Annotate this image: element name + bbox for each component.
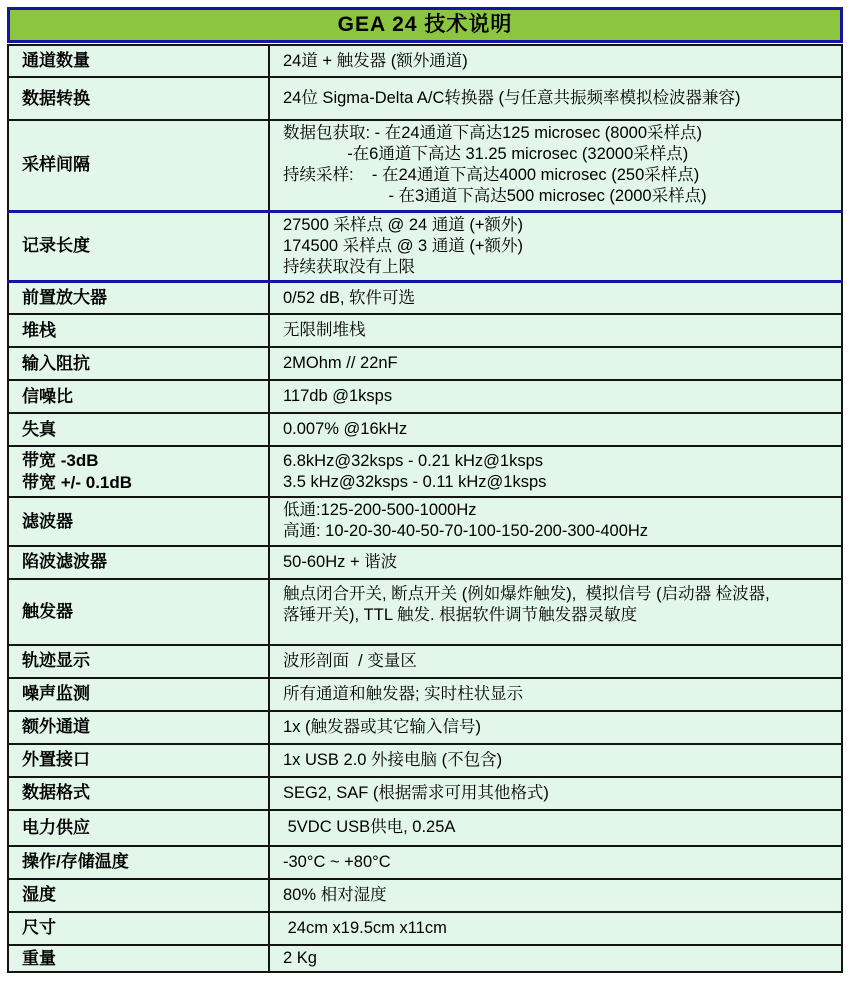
table-row: 输入阻抗 2MOhm // 22nF bbox=[8, 347, 842, 380]
spec-label: 通道数量 bbox=[8, 45, 269, 77]
table-row: 带宽 -3dB 带宽 +/- 0.1dB 6.8kHz@32ksps - 0.2… bbox=[8, 446, 842, 497]
spec-value: 117db @1ksps bbox=[269, 380, 842, 413]
spec-value: 波形剖面 / 变量区 bbox=[269, 645, 842, 678]
spec-value: SEG2, SAF (根据需求可用其他格式) bbox=[269, 777, 842, 810]
table-row-highlighted: 记录长度 27500 采样点 @ 24 通道 (+额外) 174500 采样点 … bbox=[8, 211, 842, 281]
table-row: 重量 2 Kg bbox=[8, 945, 842, 973]
spec-value: 0/52 dB, 软件可选 bbox=[269, 281, 842, 314]
spec-value: 6.8kHz@32ksps - 0.21 kHz@1ksps 3.5 kHz@3… bbox=[269, 446, 842, 497]
page-title: GEA 24 技术说明 bbox=[7, 7, 843, 43]
table-row: 湿度 80% 相对湿度 bbox=[8, 879, 842, 912]
table-row: 触发器 触点闭合开关, 断点开关 (例如爆炸触发), 模拟信号 (启动器 检波器… bbox=[8, 579, 842, 645]
spec-label: 采样间隔 bbox=[8, 120, 269, 211]
table-row: 数据格式 SEG2, SAF (根据需求可用其他格式) bbox=[8, 777, 842, 810]
table-row: 采样间隔 数据包获取: - 在24通道下高达125 microsec (8000… bbox=[8, 120, 842, 211]
spec-value: 数据包获取: - 在24通道下高达125 microsec (8000采样点) … bbox=[269, 120, 842, 211]
spec-table: 通道数量 24道 + 触发器 (额外通道) 数据转换 24位 Sigma-Del… bbox=[7, 44, 843, 973]
table-row: 外置接口 1x USB 2.0 外接电脑 (不包含) bbox=[8, 744, 842, 777]
spec-label: 额外通道 bbox=[8, 711, 269, 744]
spec-value: 2MOhm // 22nF bbox=[269, 347, 842, 380]
spec-label: 噪声监测 bbox=[8, 678, 269, 711]
spec-label: 数据转换 bbox=[8, 77, 269, 120]
spec-label: 操作/存储温度 bbox=[8, 846, 269, 879]
spec-value: 50-60Hz + 谐波 bbox=[269, 546, 842, 579]
spec-value: 27500 采样点 @ 24 通道 (+额外) 174500 采样点 @ 3 通… bbox=[269, 211, 842, 281]
spec-label: 失真 bbox=[8, 413, 269, 446]
table-row: 滤波器 低通:125-200-500-1000Hz 高通: 10-20-30-4… bbox=[8, 497, 842, 545]
spec-value: 24cm x19.5cm x11cm bbox=[269, 912, 842, 945]
spec-label: 前置放大器 bbox=[8, 281, 269, 314]
table-row: 陷波滤波器 50-60Hz + 谐波 bbox=[8, 546, 842, 579]
spec-label: 记录长度 bbox=[8, 211, 269, 281]
spec-label: 滤波器 bbox=[8, 497, 269, 545]
spec-label: 湿度 bbox=[8, 879, 269, 912]
spec-value: 2 Kg bbox=[269, 945, 842, 973]
table-row: 堆栈 无限制堆栈 bbox=[8, 314, 842, 347]
table-row: 噪声监测 所有通道和触发器; 实时柱状显示 bbox=[8, 678, 842, 711]
spec-label: 轨迹显示 bbox=[8, 645, 269, 678]
spec-value: 0.007% @16kHz bbox=[269, 413, 842, 446]
spec-value: 5VDC USB供电, 0.25A bbox=[269, 810, 842, 846]
table-row: 电力供应 5VDC USB供电, 0.25A bbox=[8, 810, 842, 846]
spec-value: 24道 + 触发器 (额外通道) bbox=[269, 45, 842, 77]
spec-label: 外置接口 bbox=[8, 744, 269, 777]
spec-label: 触发器 bbox=[8, 579, 269, 645]
table-row: 通道数量 24道 + 触发器 (额外通道) bbox=[8, 45, 842, 77]
spec-value: -30°C ~ +80°C bbox=[269, 846, 842, 879]
spec-label: 尺寸 bbox=[8, 912, 269, 945]
table-row: 尺寸 24cm x19.5cm x11cm bbox=[8, 912, 842, 945]
spec-value: 所有通道和触发器; 实时柱状显示 bbox=[269, 678, 842, 711]
table-row: 操作/存储温度 -30°C ~ +80°C bbox=[8, 846, 842, 879]
spec-label: 重量 bbox=[8, 945, 269, 973]
spec-label: 信噪比 bbox=[8, 380, 269, 413]
spec-value: 低通:125-200-500-1000Hz 高通: 10-20-30-40-50… bbox=[269, 497, 842, 545]
table-row: 信噪比 117db @1ksps bbox=[8, 380, 842, 413]
spec-label: 电力供应 bbox=[8, 810, 269, 846]
spec-value: 24位 Sigma-Delta A/C转换器 (与任意共振频率模拟检波器兼容) bbox=[269, 77, 842, 120]
spec-value: 80% 相对湿度 bbox=[269, 879, 842, 912]
spec-value: 无限制堆栈 bbox=[269, 314, 842, 347]
table-row: 失真 0.007% @16kHz bbox=[8, 413, 842, 446]
table-row: 数据转换 24位 Sigma-Delta A/C转换器 (与任意共振频率模拟检波… bbox=[8, 77, 842, 120]
spec-label: 陷波滤波器 bbox=[8, 546, 269, 579]
table-row: 前置放大器 0/52 dB, 软件可选 bbox=[8, 281, 842, 314]
spec-value: 1x USB 2.0 外接电脑 (不包含) bbox=[269, 744, 842, 777]
spec-sheet: GEA 24 技术说明 通道数量 24道 + 触发器 (额外通道) 数据转换 2… bbox=[0, 0, 850, 1004]
spec-value: 触点闭合开关, 断点开关 (例如爆炸触发), 模拟信号 (启动器 检波器, 落锤… bbox=[269, 579, 842, 645]
spec-label: 堆栈 bbox=[8, 314, 269, 347]
table-row: 额外通道 1x (触发器或其它输入信号) bbox=[8, 711, 842, 744]
spec-value: 1x (触发器或其它输入信号) bbox=[269, 711, 842, 744]
spec-label: 带宽 -3dB 带宽 +/- 0.1dB bbox=[8, 446, 269, 497]
spec-label: 输入阻抗 bbox=[8, 347, 269, 380]
spec-label: 数据格式 bbox=[8, 777, 269, 810]
table-row: 轨迹显示 波形剖面 / 变量区 bbox=[8, 645, 842, 678]
